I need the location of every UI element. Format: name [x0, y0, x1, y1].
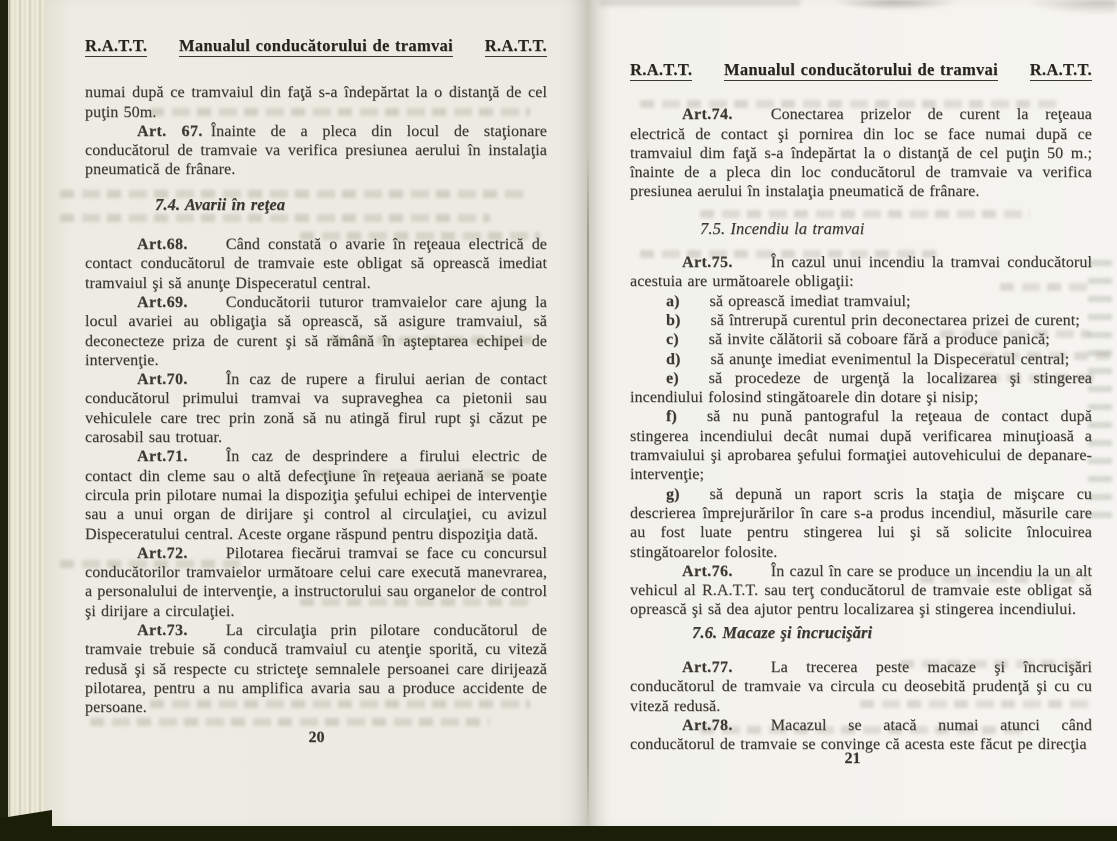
article-label: Art.70.: [137, 371, 188, 388]
article-paragraph: Art.76.În cazul în care se produce un in…: [630, 562, 1092, 620]
article-paragraph: Art.73.La circulaţia prin pilotare condu…: [85, 621, 547, 717]
page-number: 20: [45, 729, 588, 747]
list-marker: d): [666, 351, 680, 368]
page-right-text: Art.74.Conectarea prizelor de curent la …: [630, 105, 1092, 754]
list-marker: c): [666, 331, 679, 348]
list-marker: a): [666, 293, 680, 310]
article-paragraph: Art. 67.Înainte de a pleca din locul de …: [85, 122, 547, 180]
list-marker: f): [666, 408, 677, 425]
article-label: Art.74.: [682, 106, 733, 123]
page-left-content: R.A.T.T. Manualul conducătorului de tram…: [45, 0, 588, 718]
running-header: R.A.T.T. Manualul conducătorului de tram…: [630, 60, 1092, 81]
list-text: să oprească imediat tramvaiul;: [710, 293, 911, 310]
page-number: 21: [588, 750, 1117, 768]
page-left-text: numai după ce tramvaiul din faţă s-a înd…: [85, 83, 547, 717]
article-label: Art.75.: [682, 254, 733, 271]
list-item: b)să întrerupă curentul prin deconectare…: [630, 311, 1092, 330]
list-text: să depună un raport scris la staţia de m…: [630, 486, 1092, 561]
list-item: f)să nu pună pantograful la reţeaua de c…: [630, 407, 1092, 484]
page-left: R.A.T.T. Manualul conducătorului de tram…: [45, 0, 588, 826]
article-paragraph: Art.69.Conducătorii tuturor tramvaielor …: [85, 293, 547, 370]
list-marker: b): [666, 312, 680, 329]
article-label: Art.68.: [137, 236, 188, 253]
running-header: R.A.T.T. Manualul conducătorului de tram…: [85, 36, 547, 57]
article-label: Art.69.: [137, 294, 188, 311]
list-text: să invite călătorii să coboare fără a pr…: [709, 331, 1050, 348]
header-title: Manualul conducătorului de tramvai: [724, 60, 998, 81]
list-item: a)să oprească imediat tramvaiul;: [630, 292, 1092, 311]
article-label: Art.72.: [137, 545, 188, 562]
scanner-background: [0, 826, 1117, 841]
header-ratt-right: R.A.T.T.: [1030, 60, 1092, 81]
article-paragraph: Art.78.Macazul se atacă numai atunci cân…: [630, 716, 1092, 755]
header-title: Manualul conducătorului de tramvai: [179, 36, 453, 57]
header-ratt-left: R.A.T.T.: [85, 36, 147, 57]
article-label: Art.78.: [682, 717, 733, 734]
paragraph-text: numai după ce tramvaiul din faţă s-a înd…: [85, 84, 547, 120]
article-label: Art. 67.: [137, 123, 203, 140]
list-marker: g): [666, 486, 680, 503]
article-label: Art.76.: [682, 563, 733, 580]
article-label: Art.71.: [137, 448, 188, 465]
header-ratt-left: R.A.T.T.: [630, 60, 692, 81]
book-page-edges: [8, 0, 46, 820]
article-paragraph: Art.74.Conectarea prizelor de curent la …: [630, 105, 1092, 201]
book-scan: { "page_left": { "header": { "left": "R.…: [0, 0, 1117, 841]
list-item: c)să invite călătorii să coboare fără a …: [630, 330, 1092, 349]
page-right-content: R.A.T.T. Manualul conducătorului de tram…: [588, 0, 1117, 755]
list-text: să anunţe imediat evenimentul la Dispece…: [710, 351, 1069, 368]
article-paragraph: Art.75.În cazul unui incendiu la tramvai…: [630, 253, 1092, 292]
list-text: să procedeze de urgenţă la localizarea ş…: [630, 370, 1092, 406]
article-paragraph: Art.68.Când constată o avarie în reţeaua…: [85, 235, 547, 293]
list-text: să întrerupă curentul prin deconectarea …: [710, 312, 1079, 329]
section-heading: 7.5. Incendiu la tramvai: [700, 219, 1092, 238]
article-label: Art.73.: [137, 622, 188, 639]
article-paragraph: Art.71.În caz de desprindere a firului e…: [85, 447, 547, 543]
list-item: g)să depună un raport scris la staţia de…: [630, 485, 1092, 562]
article-paragraph: Art.77.La trecerea peste macaze şi încru…: [630, 658, 1092, 716]
paragraph: numai după ce tramvaiul din faţă s-a înd…: [85, 83, 547, 122]
article-label: Art.77.: [682, 659, 733, 676]
article-paragraph: Art.70.În caz de rupere a firului aerian…: [85, 370, 547, 447]
page-gutter: [587, 150, 589, 826]
list-item: e)să procedeze de urgenţă la localizarea…: [630, 369, 1092, 408]
article-paragraph: Art.72.Pilotarea fiecărui tramvai se fac…: [85, 544, 547, 621]
list-text: să nu pună pantograful la reţeaua de con…: [630, 408, 1092, 483]
list-marker: e): [666, 370, 679, 387]
list-item: d)să anunţe imediat evenimentul la Dispe…: [630, 350, 1092, 369]
section-heading: 7.4. Avarii în reţea: [155, 195, 547, 214]
header-ratt-right: R.A.T.T.: [485, 36, 547, 57]
page-right: R.A.T.T. Manualul conducătorului de tram…: [588, 0, 1117, 826]
section-heading: 7.6. Macaze şi încrucişări: [692, 623, 1092, 642]
